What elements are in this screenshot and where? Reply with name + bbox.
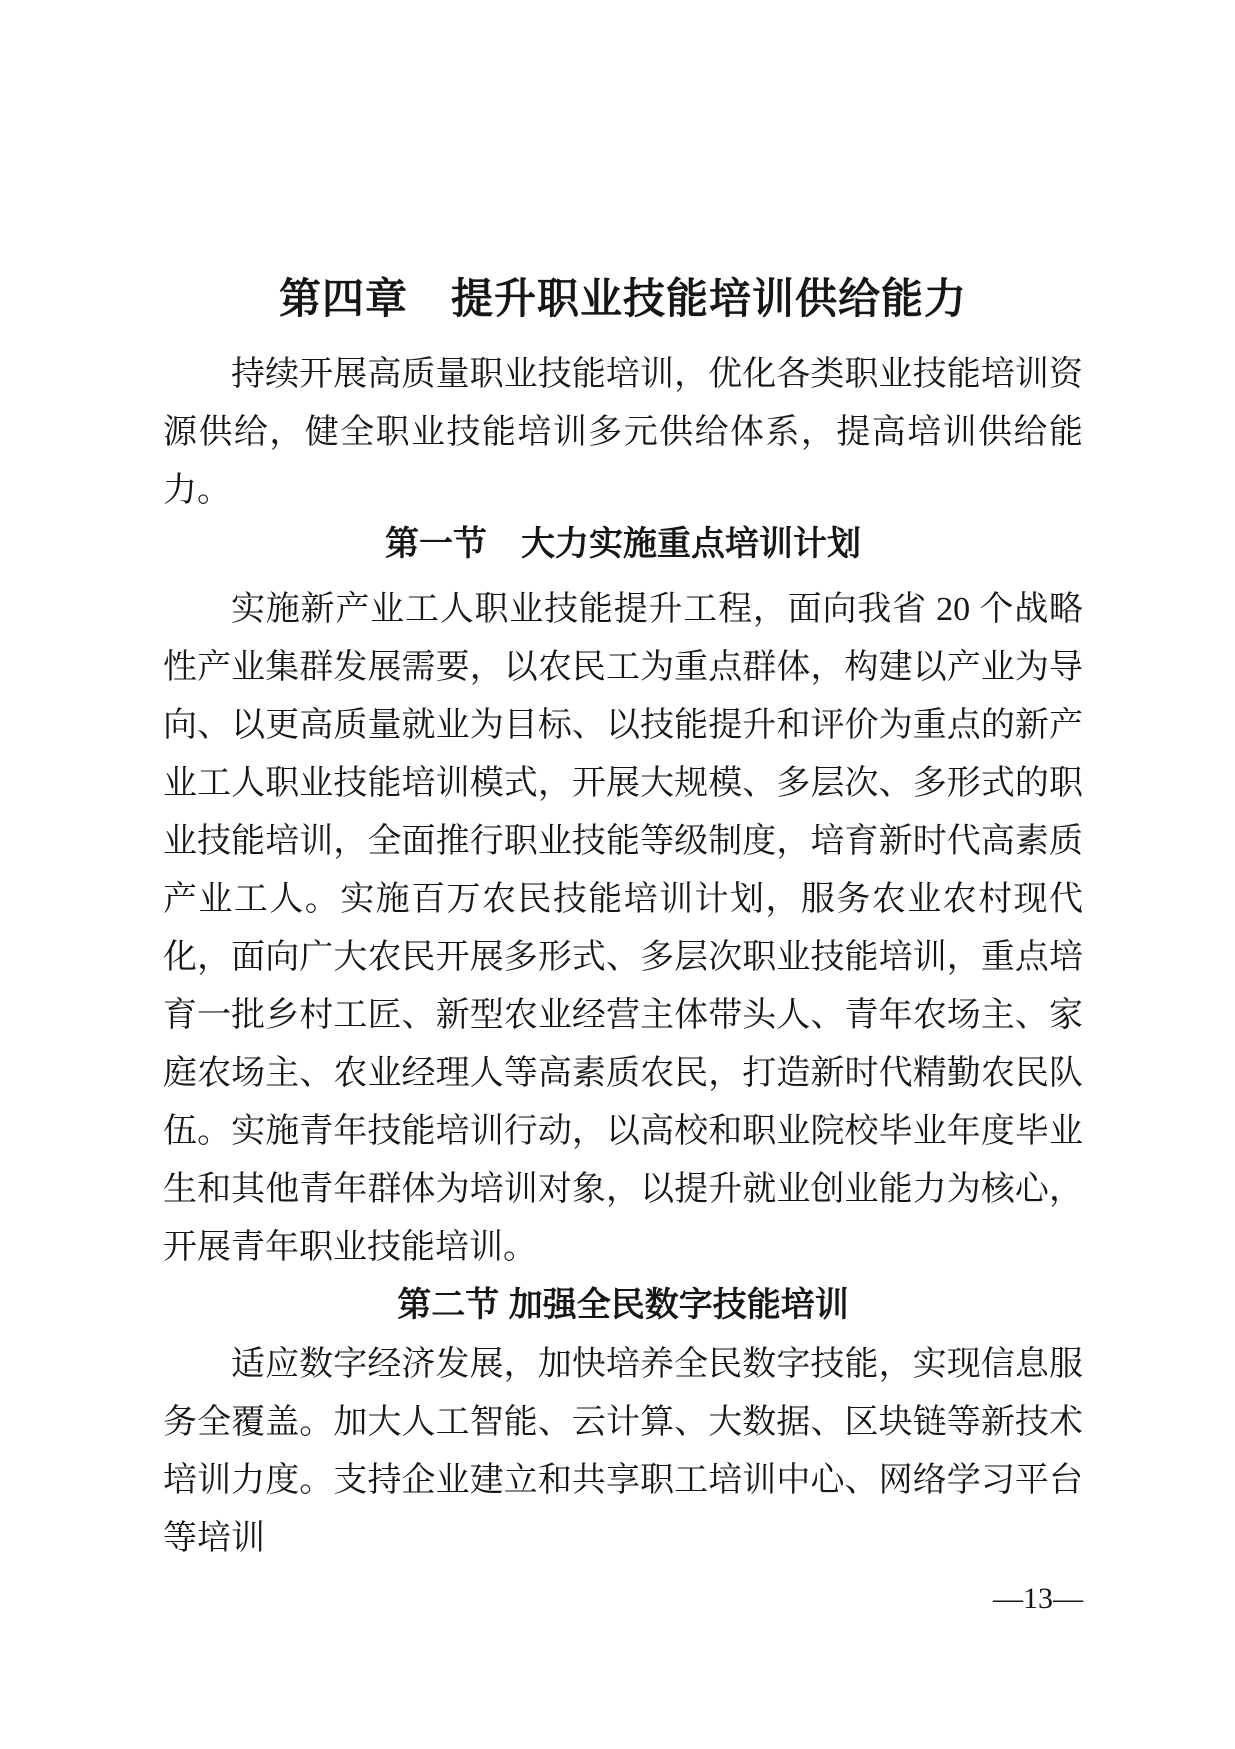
document-page: 第四章 提升职业技能培训供给能力 持续开展高质量职业技能培训，优化各类职业技能培… [0, 0, 1235, 1749]
section-1-title: 第一节 大力实施重点培训计划 [163, 524, 1083, 564]
opening-paragraph: 持续开展高质量职业技能培训，优化各类职业技能培训资源供给，健全职业技能培训多元供… [163, 346, 1083, 520]
section-2-title: 第二节 加强全民数字技能培训 [163, 1285, 1083, 1325]
section-1-paragraph: 实施新产业工人职业技能提升工程，面向我省 20 个战略性产业集群发展需要，以农民… [163, 581, 1083, 1277]
section-2-paragraph: 适应数字经济发展，加快培养全民数字技能，实现信息服务全覆盖。加大人工智能、云计算… [163, 1336, 1083, 1568]
chapter-title: 第四章 提升职业技能培训供给能力 [163, 275, 1083, 323]
page-number: —13— [163, 1583, 1083, 1615]
